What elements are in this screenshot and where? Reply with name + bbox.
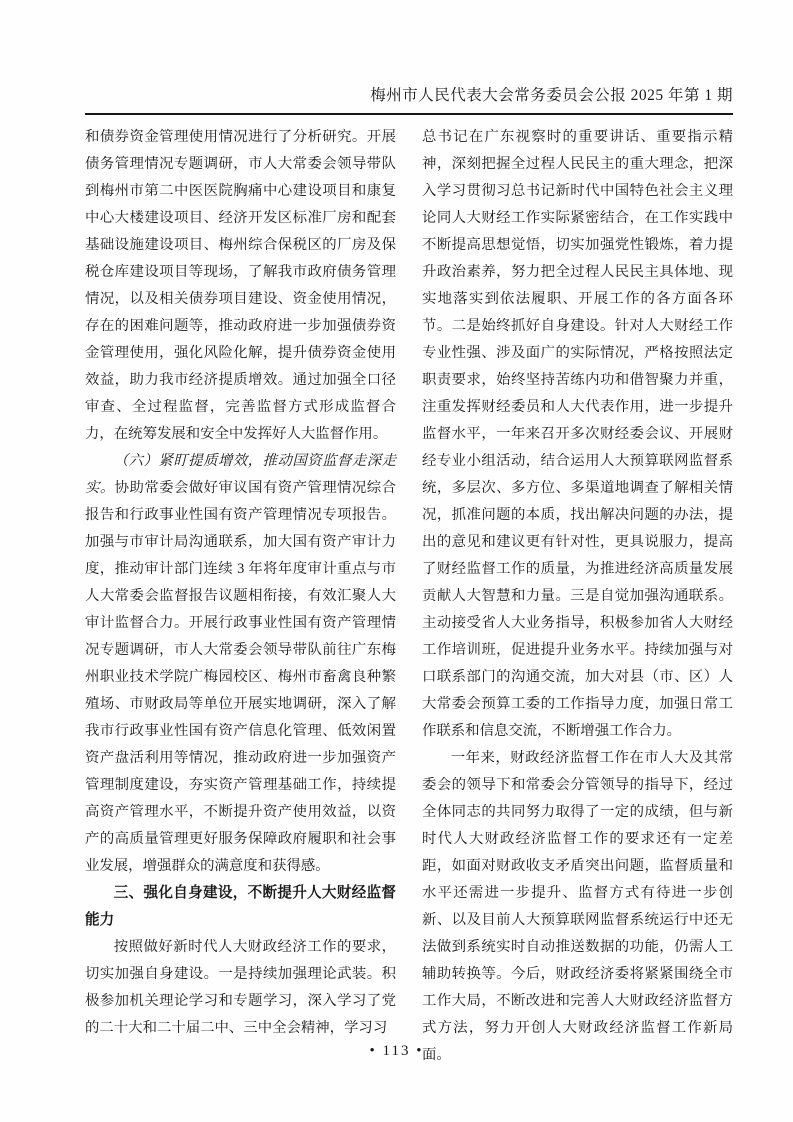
page-content: 梅州市人民代表大会常务委员会公报 2025 年第 1 期 和债券资金管理使用情况… — [85, 0, 733, 1069]
section-heading-text: 三、强化自身建设，不断提升人大财经监督能力 — [85, 885, 396, 928]
paragraph: （六）紧盯提质增效，推动国资监督走深走实。协助常委会做好审议国有资产管理情况综合… — [85, 448, 396, 880]
body-text: 总书记在广东视察时的重要讲话、重要指示精神，深刻把握全过程人民民主的重大理念，把… — [422, 129, 733, 739]
body-text: 协助常委会做好审议国有资产管理情况综合报告和行政事业性国有资产管理情况专项报告。… — [85, 480, 396, 874]
body-text: 一年来，财政经济监督工作在市人大及其常委会的领导下和常委会分管领导的指导下，经过… — [422, 750, 733, 1063]
left-column: 和债券资金管理使用情况进行了分析研究。开展债务管理情况专题调研，市人大常委会领导… — [85, 124, 396, 1069]
page-number: • 113 • — [370, 1043, 424, 1059]
header-rule — [85, 113, 733, 115]
paragraph: 一年来，财政经济监督工作在市人大及其常委会的领导下和常委会分管领导的指导下，经过… — [422, 745, 733, 1069]
page-footer: • 113 • — [0, 1040, 793, 1062]
paragraph: 三、强化自身建设，不断提升人大财经监督能力 — [85, 880, 396, 934]
document-page: 梅州市人民代表大会常务委员会公报 2025 年第 1 期 和债券资金管理使用情况… — [0, 0, 793, 1122]
bulletin-header-title: 梅州市人民代表大会常务委员会公报 2025 年第 1 期 — [85, 86, 733, 106]
body-text: 按照做好新时代人大财政经济工作的要求，切实加强自身建设。一是持续加强理论武装。积… — [85, 939, 396, 1036]
page-header: 梅州市人民代表大会常务委员会公报 2025 年第 1 期 — [85, 86, 733, 115]
paragraph: 总书记在广东视察时的重要讲话、重要指示精神，深刻把握全过程人民民主的重大理念，把… — [422, 124, 733, 745]
paragraph: 和债券资金管理使用情况进行了分析研究。开展债务管理情况专题调研，市人大常委会领导… — [85, 124, 396, 448]
right-column: 总书记在广东视察时的重要讲话、重要指示精神，深刻把握全过程人民民主的重大理念，把… — [422, 124, 733, 1069]
two-column-body: 和债券资金管理使用情况进行了分析研究。开展债务管理情况专题调研，市人大常委会领导… — [85, 124, 733, 1069]
paragraph: 按照做好新时代人大财政经济工作的要求，切实加强自身建设。一是持续加强理论武装。积… — [85, 934, 396, 1042]
body-text: 和债券资金管理使用情况进行了分析研究。开展债务管理情况专题调研，市人大常委会领导… — [85, 129, 396, 442]
